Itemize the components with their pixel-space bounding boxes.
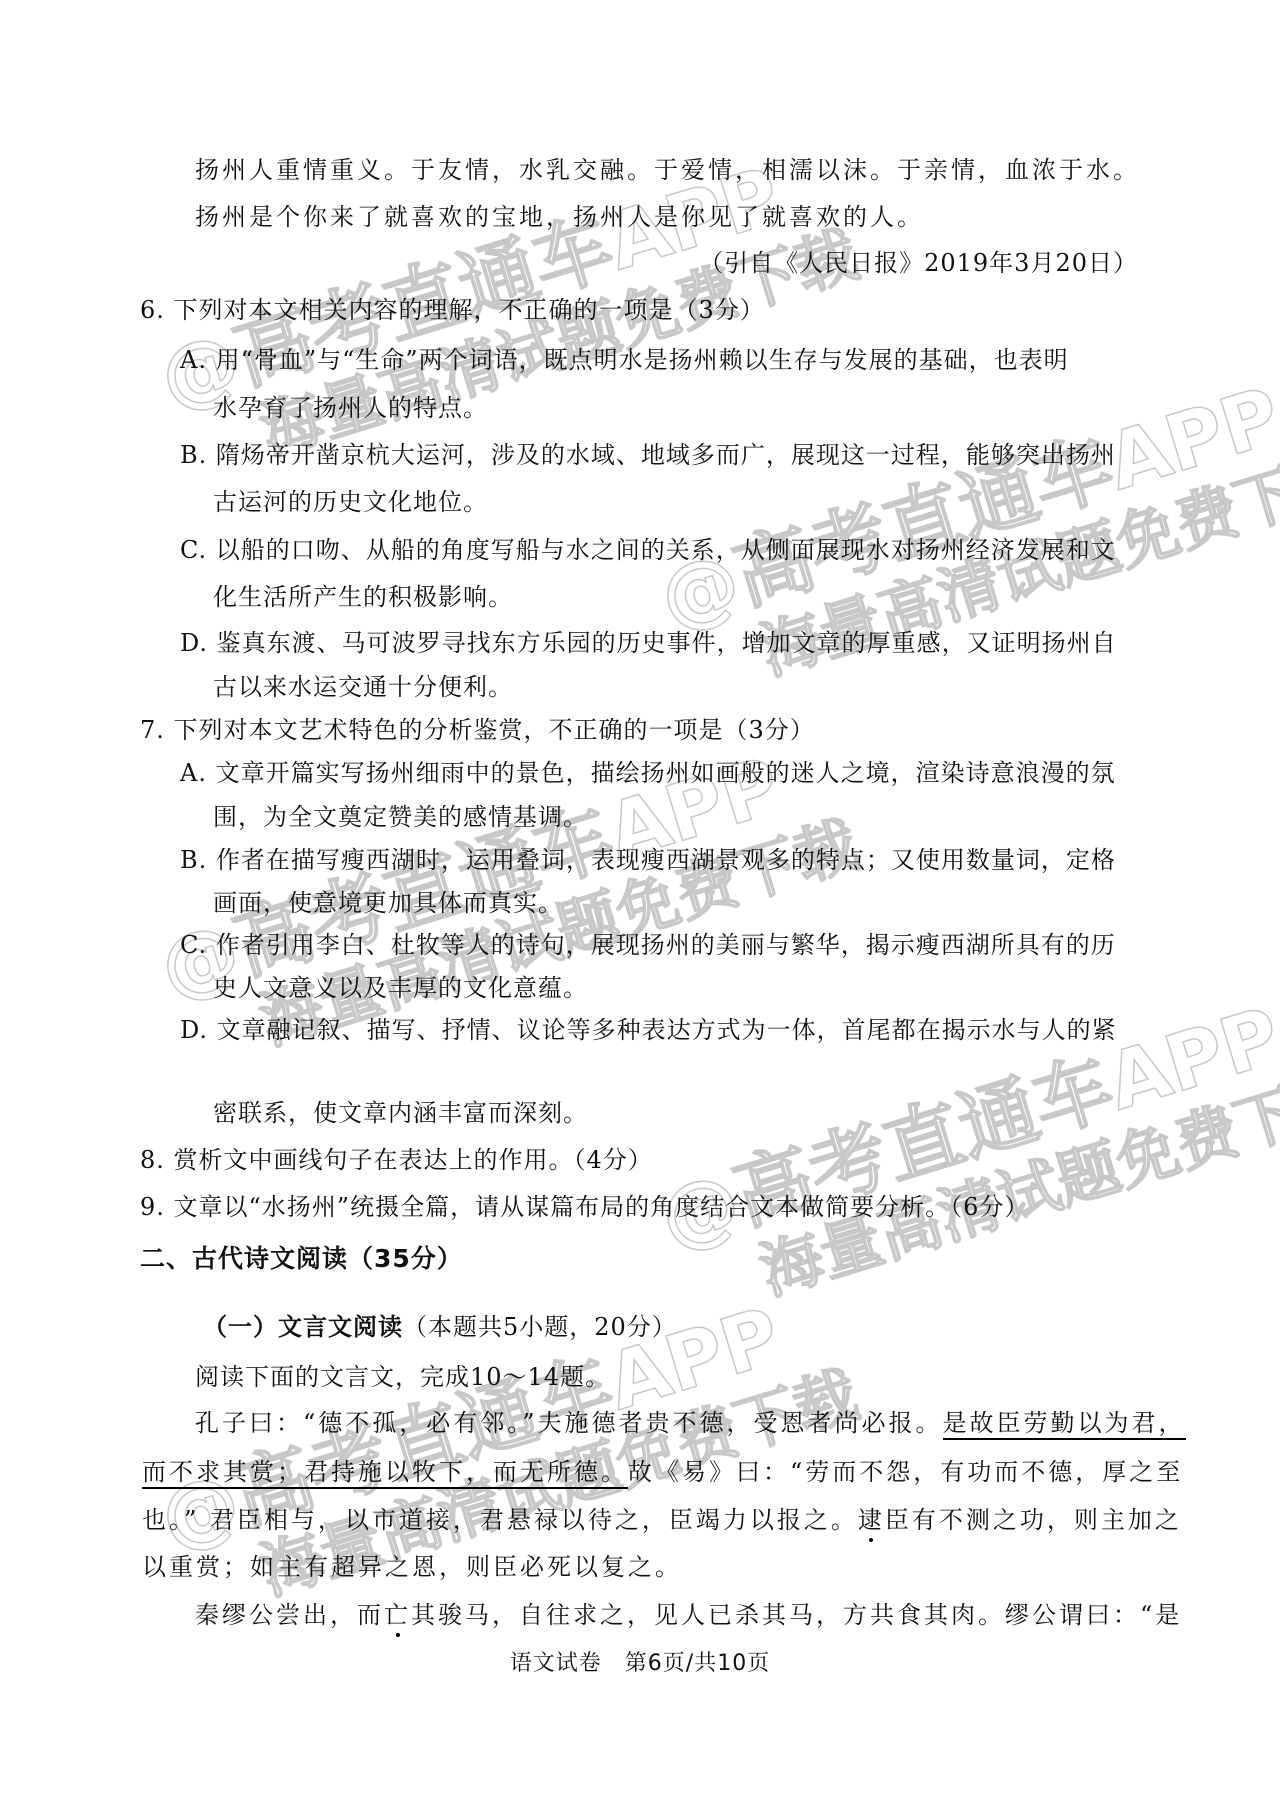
q7-option-a: A. 文章开篇实写扬州细雨中的景色，描绘扬州如画般的迷人之境，渲染诗意浪漫的氛	[180, 758, 1116, 788]
q6-option-a: A. 用“骨血”与“生命”两个词语，既点明水是扬州赖以生存与发展的基础，也表明	[180, 345, 1069, 375]
section-heading: 二、古代诗文阅读（35分）	[140, 1244, 463, 1274]
exam-page: @高考直通车APP海量高清试题免费下载 @高考直通车APP海量高清试题免费下载 …	[0, 0, 1280, 1807]
q7-option-b-cont: 画面，使意境更加具体而真实。	[213, 888, 563, 918]
q6-option-a-cont: 水孕育了扬州人的特点。	[213, 393, 488, 423]
q7-option-b: B. 作者在描写瘦西湖时，运用叠词，表现瘦西湖景观多的特点；又使用数量词，定格	[180, 845, 1116, 875]
q6-option-b-cont: 古运河的历史文化地位。	[213, 487, 488, 517]
q6-option-d: D. 鉴真东渡、马可波罗寻找东方乐园的历史事件，增加文章的厚重感，又证明扬州自	[180, 628, 1117, 658]
q7-option-d: D. 文章融记叙、描写、抒情、议论等多种表达方式为一体，首尾都在揭示水与人的紧	[180, 1015, 1117, 1045]
q6-option-c: C. 以船的口吻、从船的角度写船与水之间的关系，从侧面展现水对扬州经济发展和文	[180, 535, 1116, 565]
q7-option-d-cont: 密联系，使文章内涵丰富而深刻。	[213, 1098, 588, 1128]
classical-text-line: 而不求其赏；君持施以牧下，而无所德。故《易》曰：“劳而不怨，有功而不德，厚之至	[142, 1457, 1183, 1487]
emphasis-dot-char: 逮	[858, 1506, 885, 1534]
citation: （引自《人民日报》2019年3月20日）	[699, 248, 1138, 278]
subsection-heading: （一）文言文阅读（本题共5小题，20分）	[203, 1312, 677, 1342]
q7-option-c-cont: 史人文意义以及丰厚的文化意蕴。	[213, 973, 588, 1003]
question-6-stem: 6. 下列对本文相关内容的理解，不正确的一项是（3分）	[140, 295, 765, 325]
question-7-stem: 7. 下列对本文艺术特色的分析鉴赏，不正确的一项是（3分）	[140, 715, 815, 745]
underlined-sentence: 是故臣劳勤以为君，	[943, 1409, 1186, 1440]
page-footer: 语文试卷 第6页/共10页	[0, 1646, 1280, 1677]
underlined-sentence: 而不求其赏；君持施以牧下，而无所德。	[142, 1458, 628, 1489]
q7-option-c: C. 作者引用李白、杜牧等人的诗句，展现扬州的美丽与繁华，揭示瘦西湖所具有的历	[180, 930, 1116, 960]
q6-option-b: B. 隋炀帝开凿京杭大运河，涉及的水域、地域多而广，展现这一过程，能够突出扬州	[180, 440, 1116, 470]
passage-line: 扬州是个你来了就喜欢的宝地，扬州人是你见了就喜欢的人。	[195, 202, 924, 232]
q6-option-c-cont: 化生活所产生的积极影响。	[213, 582, 513, 612]
question-9: 9. 文章以“水扬州”统摄全篇，请从谋篇布局的角度结合文本做简要分析。（6分）	[140, 1192, 1029, 1222]
classical-text-line: 秦缪公尝出，而亡其骏马，自往求之，见人已杀其马，方共食其肉。缪公谓曰：“是	[195, 1600, 1182, 1630]
q7-option-a-cont: 围，为全文奠定赞美的感情基调。	[213, 802, 588, 832]
classical-text-line: 孔子曰：“德不孤，必有邻。”夫施德者贵不德，受恩者尚必报。是故臣劳勤以为君，	[195, 1408, 1186, 1438]
emphasis-dot-char: 亡	[384, 1601, 411, 1629]
passage-line: 扬州人重情重义。于友情，水乳交融。于爱情，相濡以沫。于亲情，血浓于水。	[195, 155, 1140, 185]
instruction: 阅读下面的文言文，完成10～14题。	[195, 1362, 610, 1392]
classical-text-line: 以重赏；如主有超异之恩，则臣必死以复之。	[142, 1552, 682, 1582]
classical-text-line: 也。” 君臣相与，以市道接，君悬禄以待之，臣竭力以报之。逮臣有不测之功，则主加之	[142, 1505, 1182, 1535]
q6-option-d-cont: 古以来水运交通十分便利。	[213, 672, 513, 702]
question-8: 8. 赏析文中画线句子在表达上的作用。（4分）	[140, 1145, 653, 1175]
